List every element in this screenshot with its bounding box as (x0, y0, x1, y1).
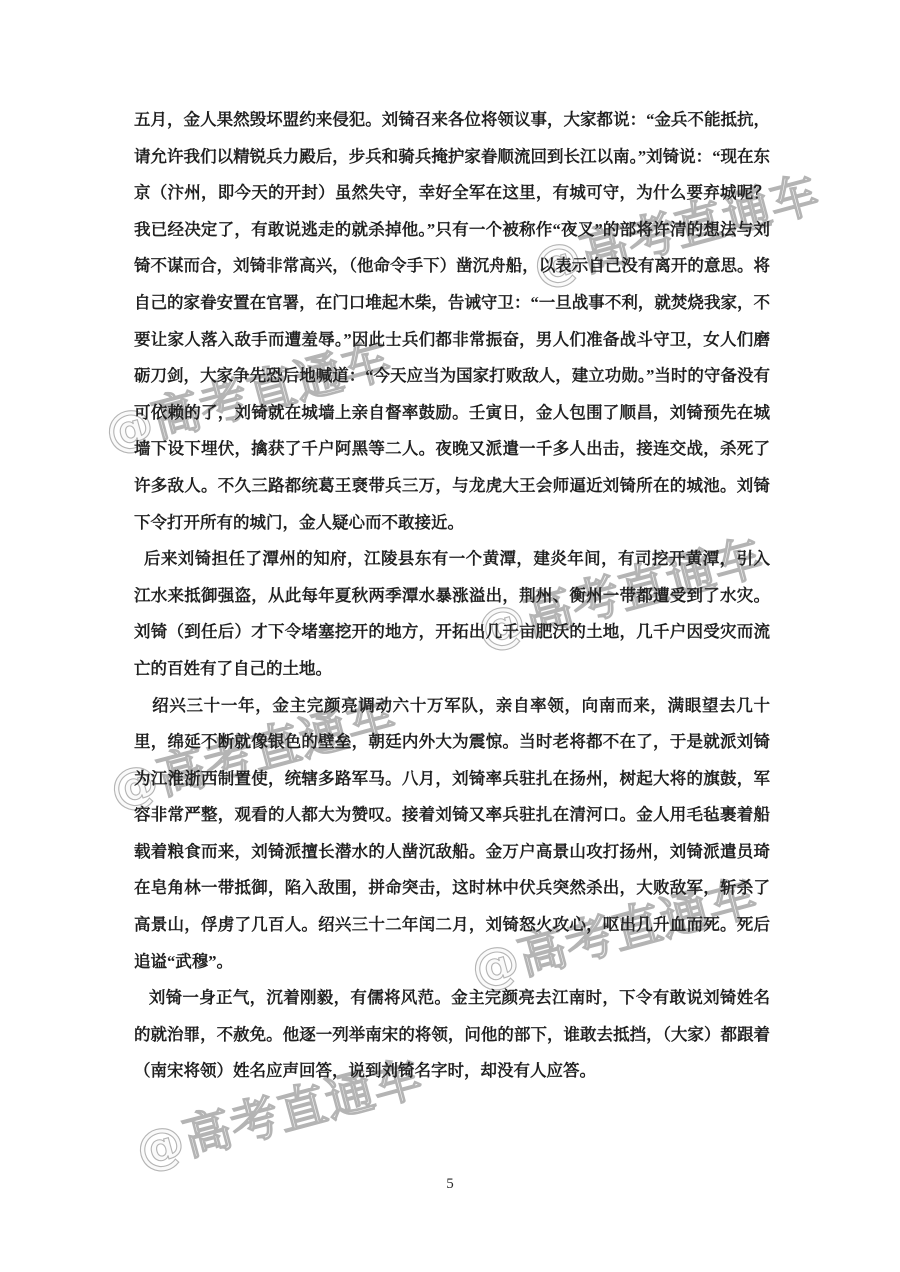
paragraph-1: 五月，金人果然毁坏盟约来侵犯。刘锜召来各位将领议事，大家都说：“金兵不能抵抗，请… (134, 102, 770, 541)
paragraph-4: 刘锜一身正气，沉着刚毅，有儒将风范。金主完颜亮去江南时，下令有敢说刘锜姓名的就治… (134, 980, 770, 1090)
page-number: 5 (0, 1176, 900, 1193)
translation-text-block: 五月，金人果然毁坏盟约来侵犯。刘锜召来各位将领议事，大家都说：“金兵不能抵抗，请… (134, 102, 770, 1090)
paragraph-2: 后来刘锜担任了潭州的知府，江陵县东有一个黄潭，建炎年间，有司挖开黄潭，引入江水来… (134, 541, 770, 687)
document-page: @高考直通车 @高考直通车 @高考直通车 @高考直通车 @高考直通车 @高考直通… (0, 0, 900, 1272)
paragraph-3: 绍兴三十一年，金主完颜亮调动六十万军队，亲自率领，向南而来，满眼望去几十里，绵延… (134, 688, 770, 981)
